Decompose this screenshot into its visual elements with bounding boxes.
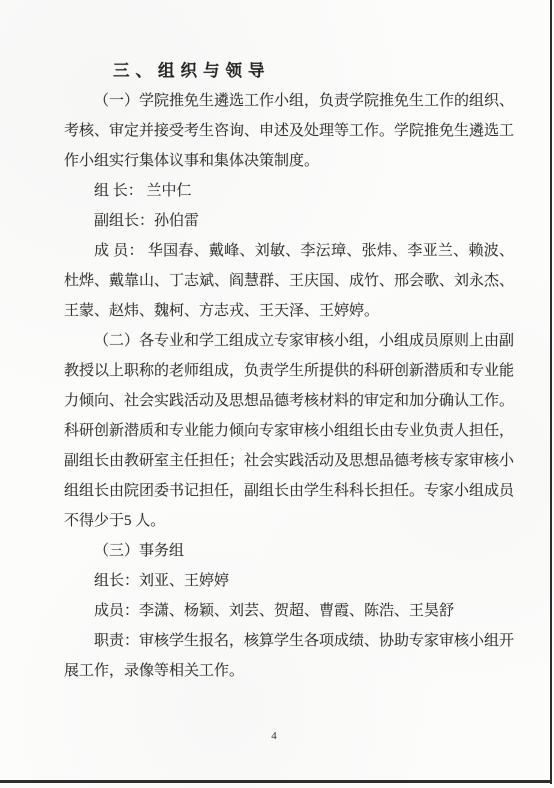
- paragraph-expert-review-group: （二）各专业和学工组成立专家审核小组，小组成员原则上由副教授以上职称的老师组成，…: [64, 326, 514, 536]
- line-group-leader: 组 长： 兰中仁: [64, 176, 514, 206]
- document-body: 三、组织与领导 （一）学院推免生遴选工作小组，负责学院推免生工作的组织、考核、审…: [64, 56, 514, 686]
- line-affairs-group-leader: 组长：刘亚、王婷婷: [64, 566, 514, 596]
- page-number: 4: [0, 730, 548, 742]
- section-heading: 三、组织与领导: [64, 56, 514, 86]
- paragraph-affairs-duties: 职责：审核学生报名，核算学生各项成绩、协助专家审核小组开展工作，录像等相关工作。: [64, 626, 514, 686]
- scan-edge-bottom-line: [0, 780, 552, 783]
- line-section3-heading: （三）事务组: [64, 536, 514, 566]
- paragraph-selection-workgroup: （一）学院推免生遴选工作小组，负责学院推免生工作的组织、考核、审定并接受考生咨询…: [64, 86, 514, 176]
- line-deputy-leader: 副组长：孙伯雷: [64, 206, 514, 236]
- line-affairs-group-members: 成员：李潇、杨颖、刘芸、贺超、曹霞、陈浩、王昊舒: [64, 596, 514, 626]
- scan-edge-right-line: [550, 0, 552, 784]
- paragraph-group-members: 成 员： 华国春、戴峰、刘敏、李沄璋、张炜、李亚兰、赖波、杜烨、戴靠山、丁志斌、…: [64, 236, 514, 326]
